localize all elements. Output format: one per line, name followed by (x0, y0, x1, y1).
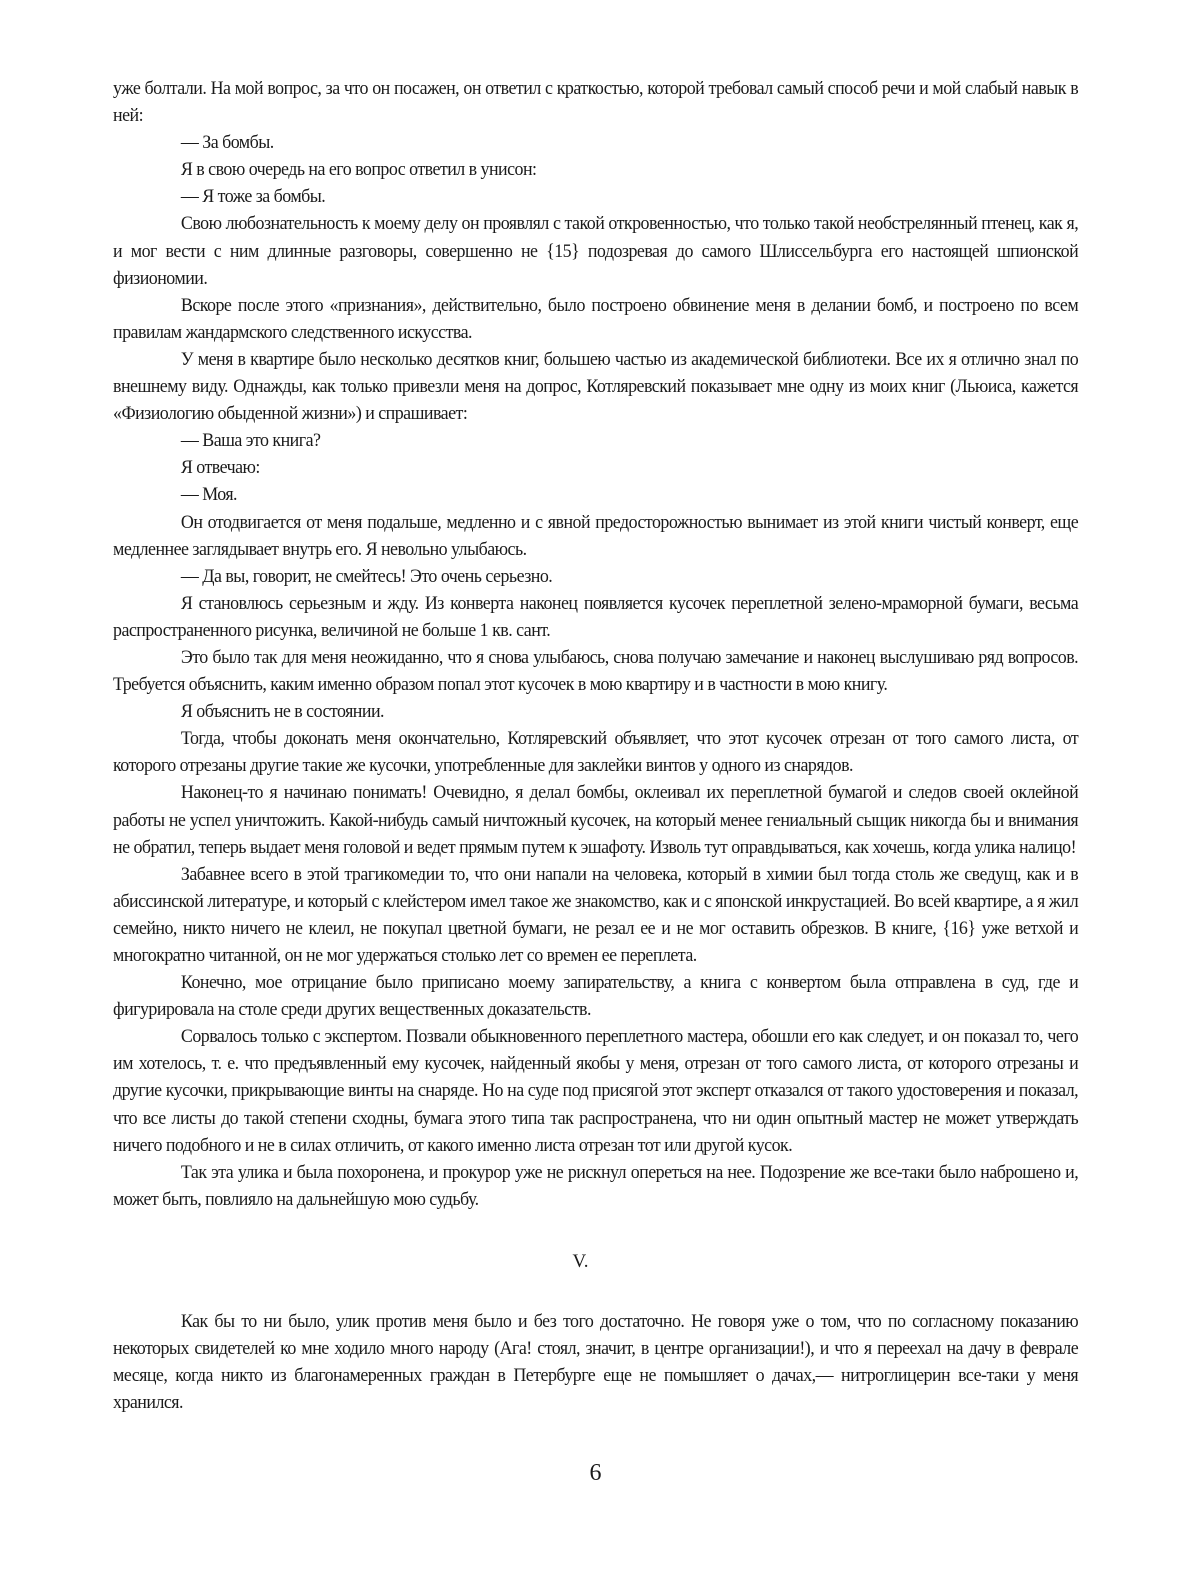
paragraph: У меня в квартире было несколько десятко… (113, 347, 1078, 428)
document-page: уже болтали. На мой вопрос, за что он по… (113, 76, 1078, 1417)
paragraph: Как бы то ни было, улик против меня было… (113, 1309, 1078, 1417)
dialogue-line: — Да вы, говорит, не смейтесь! Это очень… (113, 564, 1078, 591)
dialogue-line: — Я тоже за бомбы. (113, 184, 1078, 211)
paragraph: уже болтали. На мой вопрос, за что он по… (113, 76, 1078, 130)
dialogue-line: — За бомбы. (113, 130, 1078, 157)
paragraph: Я в свою очередь на его вопрос ответил в… (113, 157, 1078, 184)
paragraph: Сорвалось только с экспертом. Позвали об… (113, 1024, 1078, 1159)
section-heading: V. (113, 1248, 1078, 1275)
paragraph: Наконец-то я начинаю понимать! Очевидно,… (113, 780, 1078, 861)
paragraph: Это было так для меня неожиданно, что я … (113, 645, 1078, 699)
paragraph: Он отодвигается от меня подальше, медлен… (113, 510, 1078, 564)
paragraph: Я становлюсь серьезным и жду. Из конверт… (113, 591, 1078, 645)
paragraph: Так эта улика и была похоронена, и проку… (113, 1160, 1078, 1214)
page-number: 6 (0, 1458, 1191, 1488)
paragraph: Тогда, чтобы доконать меня окончательно,… (113, 726, 1078, 780)
paragraph: Забавнее всего в этой трагикомедии то, ч… (113, 862, 1078, 970)
paragraph: Конечно, мое отрицание было приписано мо… (113, 970, 1078, 1024)
paragraph: Вскоре после этого «признания», действит… (113, 293, 1078, 347)
paragraph: Я объяснить не в состоянии. (113, 699, 1078, 726)
dialogue-line: — Моя. (113, 482, 1078, 509)
paragraph: Я отвечаю: (113, 455, 1078, 482)
dialogue-line: — Ваша это книга? (113, 428, 1078, 455)
paragraph: Свою любознательность к моему делу он пр… (113, 211, 1078, 292)
